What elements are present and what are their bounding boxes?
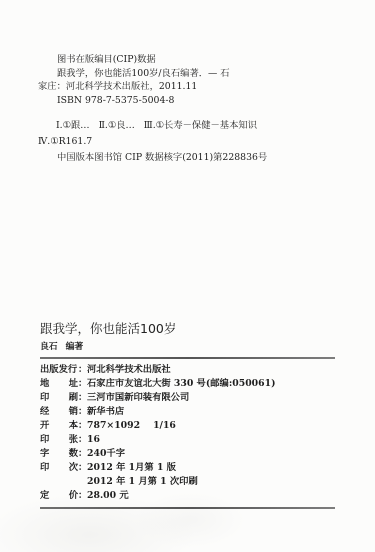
colophon-label: 定价 xyxy=(40,489,78,503)
colon: ： xyxy=(78,363,87,377)
label-char: 印 xyxy=(40,391,49,405)
label-char: 印 xyxy=(40,433,49,447)
colophon-value: 河北科学技术出版社 xyxy=(87,363,171,377)
colophon-label: 经销 xyxy=(40,405,78,419)
cip-entry-line-1: 跟我学，你也能活100岁/良石编著．— 石 xyxy=(57,67,230,81)
cip-subject-1: Ⅰ.①跟… xyxy=(56,120,90,131)
colophon: 出版发行 ： 河北科学技术出版社 地址 ： 石家庄市友谊北大街 330 号(邮编… xyxy=(40,363,276,503)
cip-entry-line-2: 家庄：河北科学技术出版社，2011.11 xyxy=(38,80,197,94)
colophon-label: 开本 xyxy=(40,419,78,433)
cip-isbn: ISBN 978-7-5375-5004-8 xyxy=(57,94,174,108)
label-char: 价 xyxy=(69,489,78,503)
colophon-row-format: 开本 ： 787×1092 1/16 xyxy=(40,419,276,433)
label-char: 次 xyxy=(69,461,78,475)
colophon-value: 三河市国新印装有限公司 xyxy=(87,391,189,405)
book-title: 跟我学，你也能活100岁 xyxy=(40,321,176,337)
cip-number: 中国版本图书馆 CIP 数据核字(2011)第228836号 xyxy=(57,151,267,165)
colon: ： xyxy=(78,461,87,475)
cip-heading: 图书在版编目(CIP)数据 xyxy=(57,53,156,67)
cip-subjects: Ⅰ.①跟…Ⅱ.①良…Ⅲ.①长寿－保健－基本知识 xyxy=(56,119,266,133)
colophon-row-edition: 印次 ： 2012 年 1月第 1 版 xyxy=(40,461,276,475)
label-char: 数 xyxy=(69,447,78,461)
colophon-row-printer: 印刷 ： 三河市国新印装有限公司 xyxy=(40,391,276,405)
colophon-row-sheets: 印张 ： 16 xyxy=(40,433,276,447)
colon: ： xyxy=(78,489,87,503)
colon: ： xyxy=(78,391,87,405)
colophon-value: 石家庄市友谊北大街 330 号(邮编:050061) xyxy=(87,377,276,391)
colophon-label: 印次 xyxy=(40,461,78,475)
colophon-row-word-count: 字数 ： 240千字 xyxy=(40,447,276,461)
cip-subject-3: Ⅲ.①长寿－保健－基本知识 xyxy=(144,120,257,131)
label-char: 本 xyxy=(69,419,78,433)
label-char: 定 xyxy=(40,489,49,503)
label-char: 地 xyxy=(40,377,49,391)
cip-subject-2: Ⅱ.①良… xyxy=(99,120,135,131)
copyright-page: 图书在版编目(CIP)数据 跟我学，你也能活100岁/良石编著．— 石 家庄：河… xyxy=(0,0,375,552)
cip-classification: Ⅳ.①R161.7 xyxy=(38,135,92,149)
colophon-value: 2012 年 1月第 1 版 xyxy=(87,461,176,475)
colophon-label: 印张 xyxy=(40,433,78,447)
colon: ： xyxy=(78,405,87,419)
colophon-row-price: 定价 ： 28.00 元 xyxy=(40,489,276,503)
label-char: 经 xyxy=(40,405,49,419)
label-char: 印 xyxy=(40,461,49,475)
colon: ： xyxy=(78,377,87,391)
colon: ： xyxy=(78,433,87,447)
colon: ： xyxy=(78,419,87,433)
label-char: 张 xyxy=(69,433,78,447)
colophon-value: 新华书店 xyxy=(87,405,124,419)
colophon-value: 28.00 元 xyxy=(87,489,129,503)
colophon-value: 787×1092 xyxy=(87,419,140,433)
colophon-value: 240千字 xyxy=(87,447,125,461)
top-divider xyxy=(40,357,335,359)
label-char: 刷 xyxy=(69,391,78,405)
colophon-label: 印刷 xyxy=(40,391,78,405)
author-role: 编著 xyxy=(66,342,84,352)
colophon-row-distributor: 经销 ： 新华书店 xyxy=(40,405,276,419)
colophon-row-address: 地址 ： 石家庄市友谊北大街 330 号(邮编:050061) xyxy=(40,377,276,391)
colophon-label: 字数 xyxy=(40,447,78,461)
colophon-value: 2012 年 1 月第 1 次印刷 xyxy=(87,475,198,489)
label-char: 销 xyxy=(69,405,78,419)
book-author: 良石编著 xyxy=(40,340,83,354)
colophon-row-edition-printing: 2012 年 1 月第 1 次印刷 xyxy=(40,475,276,489)
colophon-label: 出版发行 xyxy=(40,363,78,377)
author-name: 良石 xyxy=(40,342,58,352)
bottom-divider xyxy=(40,507,335,509)
label-char: 开 xyxy=(40,419,49,433)
colophon-value: 16 xyxy=(87,433,100,447)
label-text: 出版发行 xyxy=(40,363,77,377)
colophon-value-extra: 1/16 xyxy=(153,419,176,433)
label-char: 址 xyxy=(69,377,78,391)
colophon-label: 地址 xyxy=(40,377,78,391)
colon: ： xyxy=(78,447,87,461)
colophon-row-publisher: 出版发行 ： 河北科学技术出版社 xyxy=(40,363,276,377)
label-char: 字 xyxy=(40,447,49,461)
